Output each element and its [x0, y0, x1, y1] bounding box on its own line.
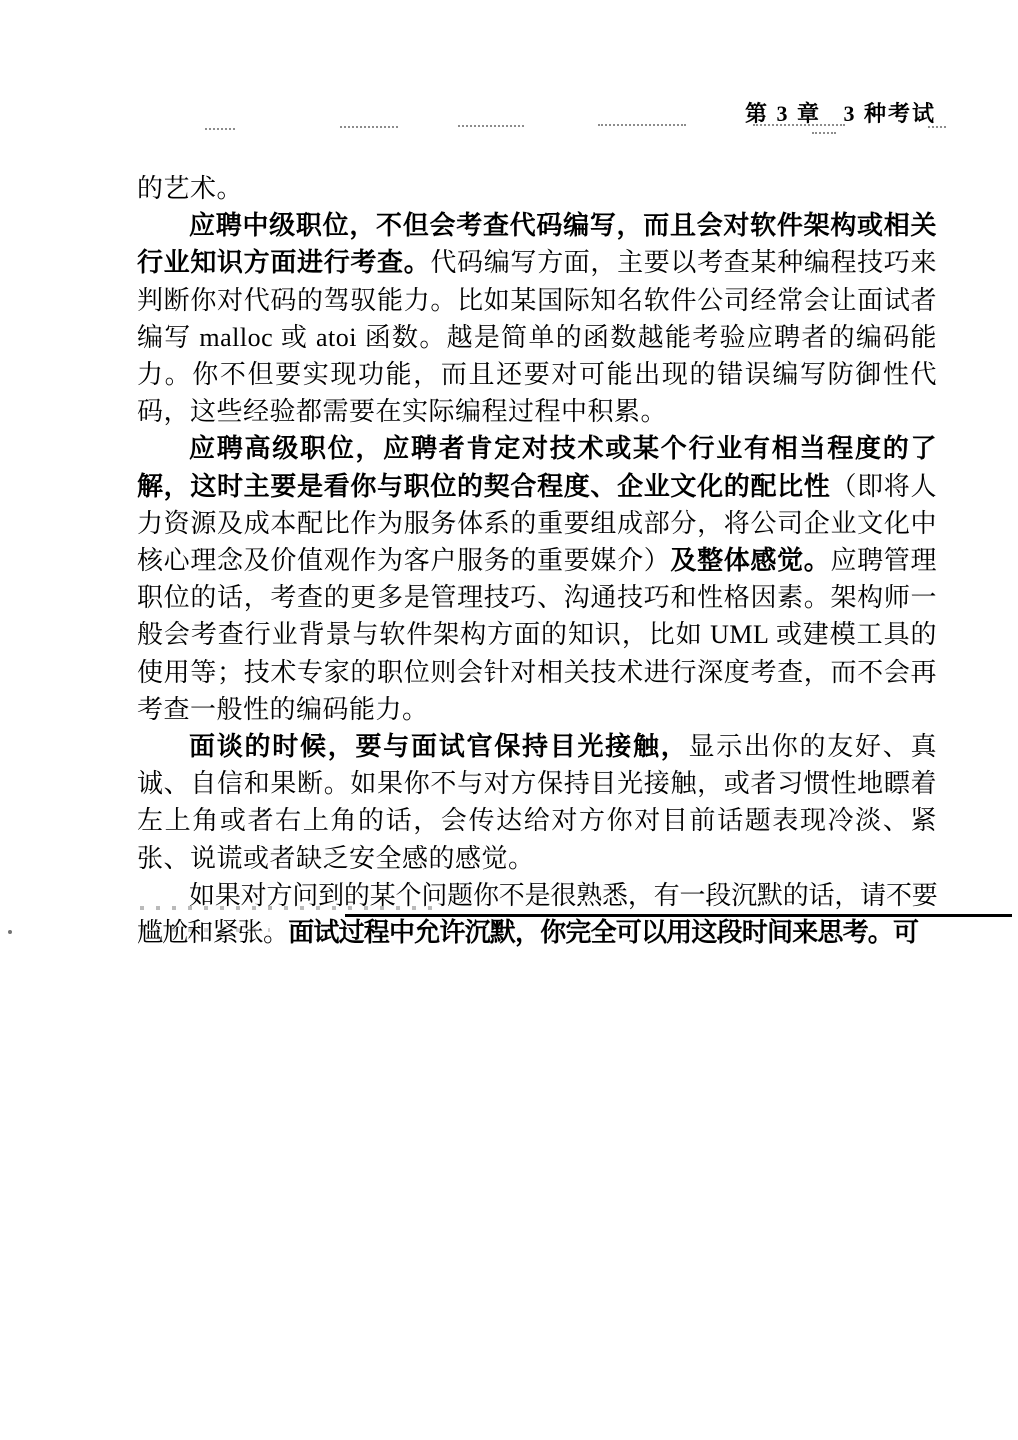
text-run-bold: 面谈的时候，要与面试官保持目光接触，: [189, 732, 688, 761]
paragraph: 应聘高级职位，应聘者肯定对技术或某个行业有相当程度的了解，这时主要是看你与职位的…: [137, 430, 937, 728]
scan-artifact-faded-text: [560, 930, 570, 934]
scan-artifact-dots: [753, 124, 845, 126]
book-page: 第 3 章 3 种考试 的艺术。 应聘中级职位，不但会考查代码编写，而且会对软件…: [0, 0, 1018, 1440]
scan-artifact-dots: [812, 132, 836, 134]
scan-artifact-faded-text: [140, 928, 270, 932]
text-run-bold: 及整体感觉。: [670, 546, 830, 575]
text-run-bold: 面试过程中允许沉默，你完全可以用这段时间来思考。可: [288, 918, 918, 947]
text-run-bold: 应聘高级职位，应聘者肯定对技术或某个行业有相当程度的了解，这时主要是看你与职位的…: [137, 434, 937, 500]
scan-artifact-dots: [340, 126, 398, 128]
scan-artifact-dots: [205, 128, 235, 130]
scan-artifact-rule: [345, 914, 1012, 917]
page-body: 的艺术。 应聘中级职位，不但会考查代码编写，而且会对软件架构或相关行业知识方面进…: [137, 170, 937, 951]
scan-artifact-dots: [458, 125, 524, 127]
scan-artifact-speck: [8, 930, 12, 934]
paragraph: 面谈的时候，要与面试官保持目光接触，显示出你的友好、真诚、自信和果断。如果你不与…: [137, 728, 937, 877]
scan-artifact-dots: [598, 124, 686, 126]
scan-artifact-faded-text: [140, 906, 435, 910]
text-run: 的艺术。: [137, 174, 243, 203]
scan-artifact-dots: [928, 126, 946, 128]
paragraph: 的艺术。: [137, 170, 937, 207]
paragraph: 应聘中级职位，不但会考查代码编写，而且会对软件架构或相关行业知识方面进行考查。代…: [137, 207, 937, 430]
